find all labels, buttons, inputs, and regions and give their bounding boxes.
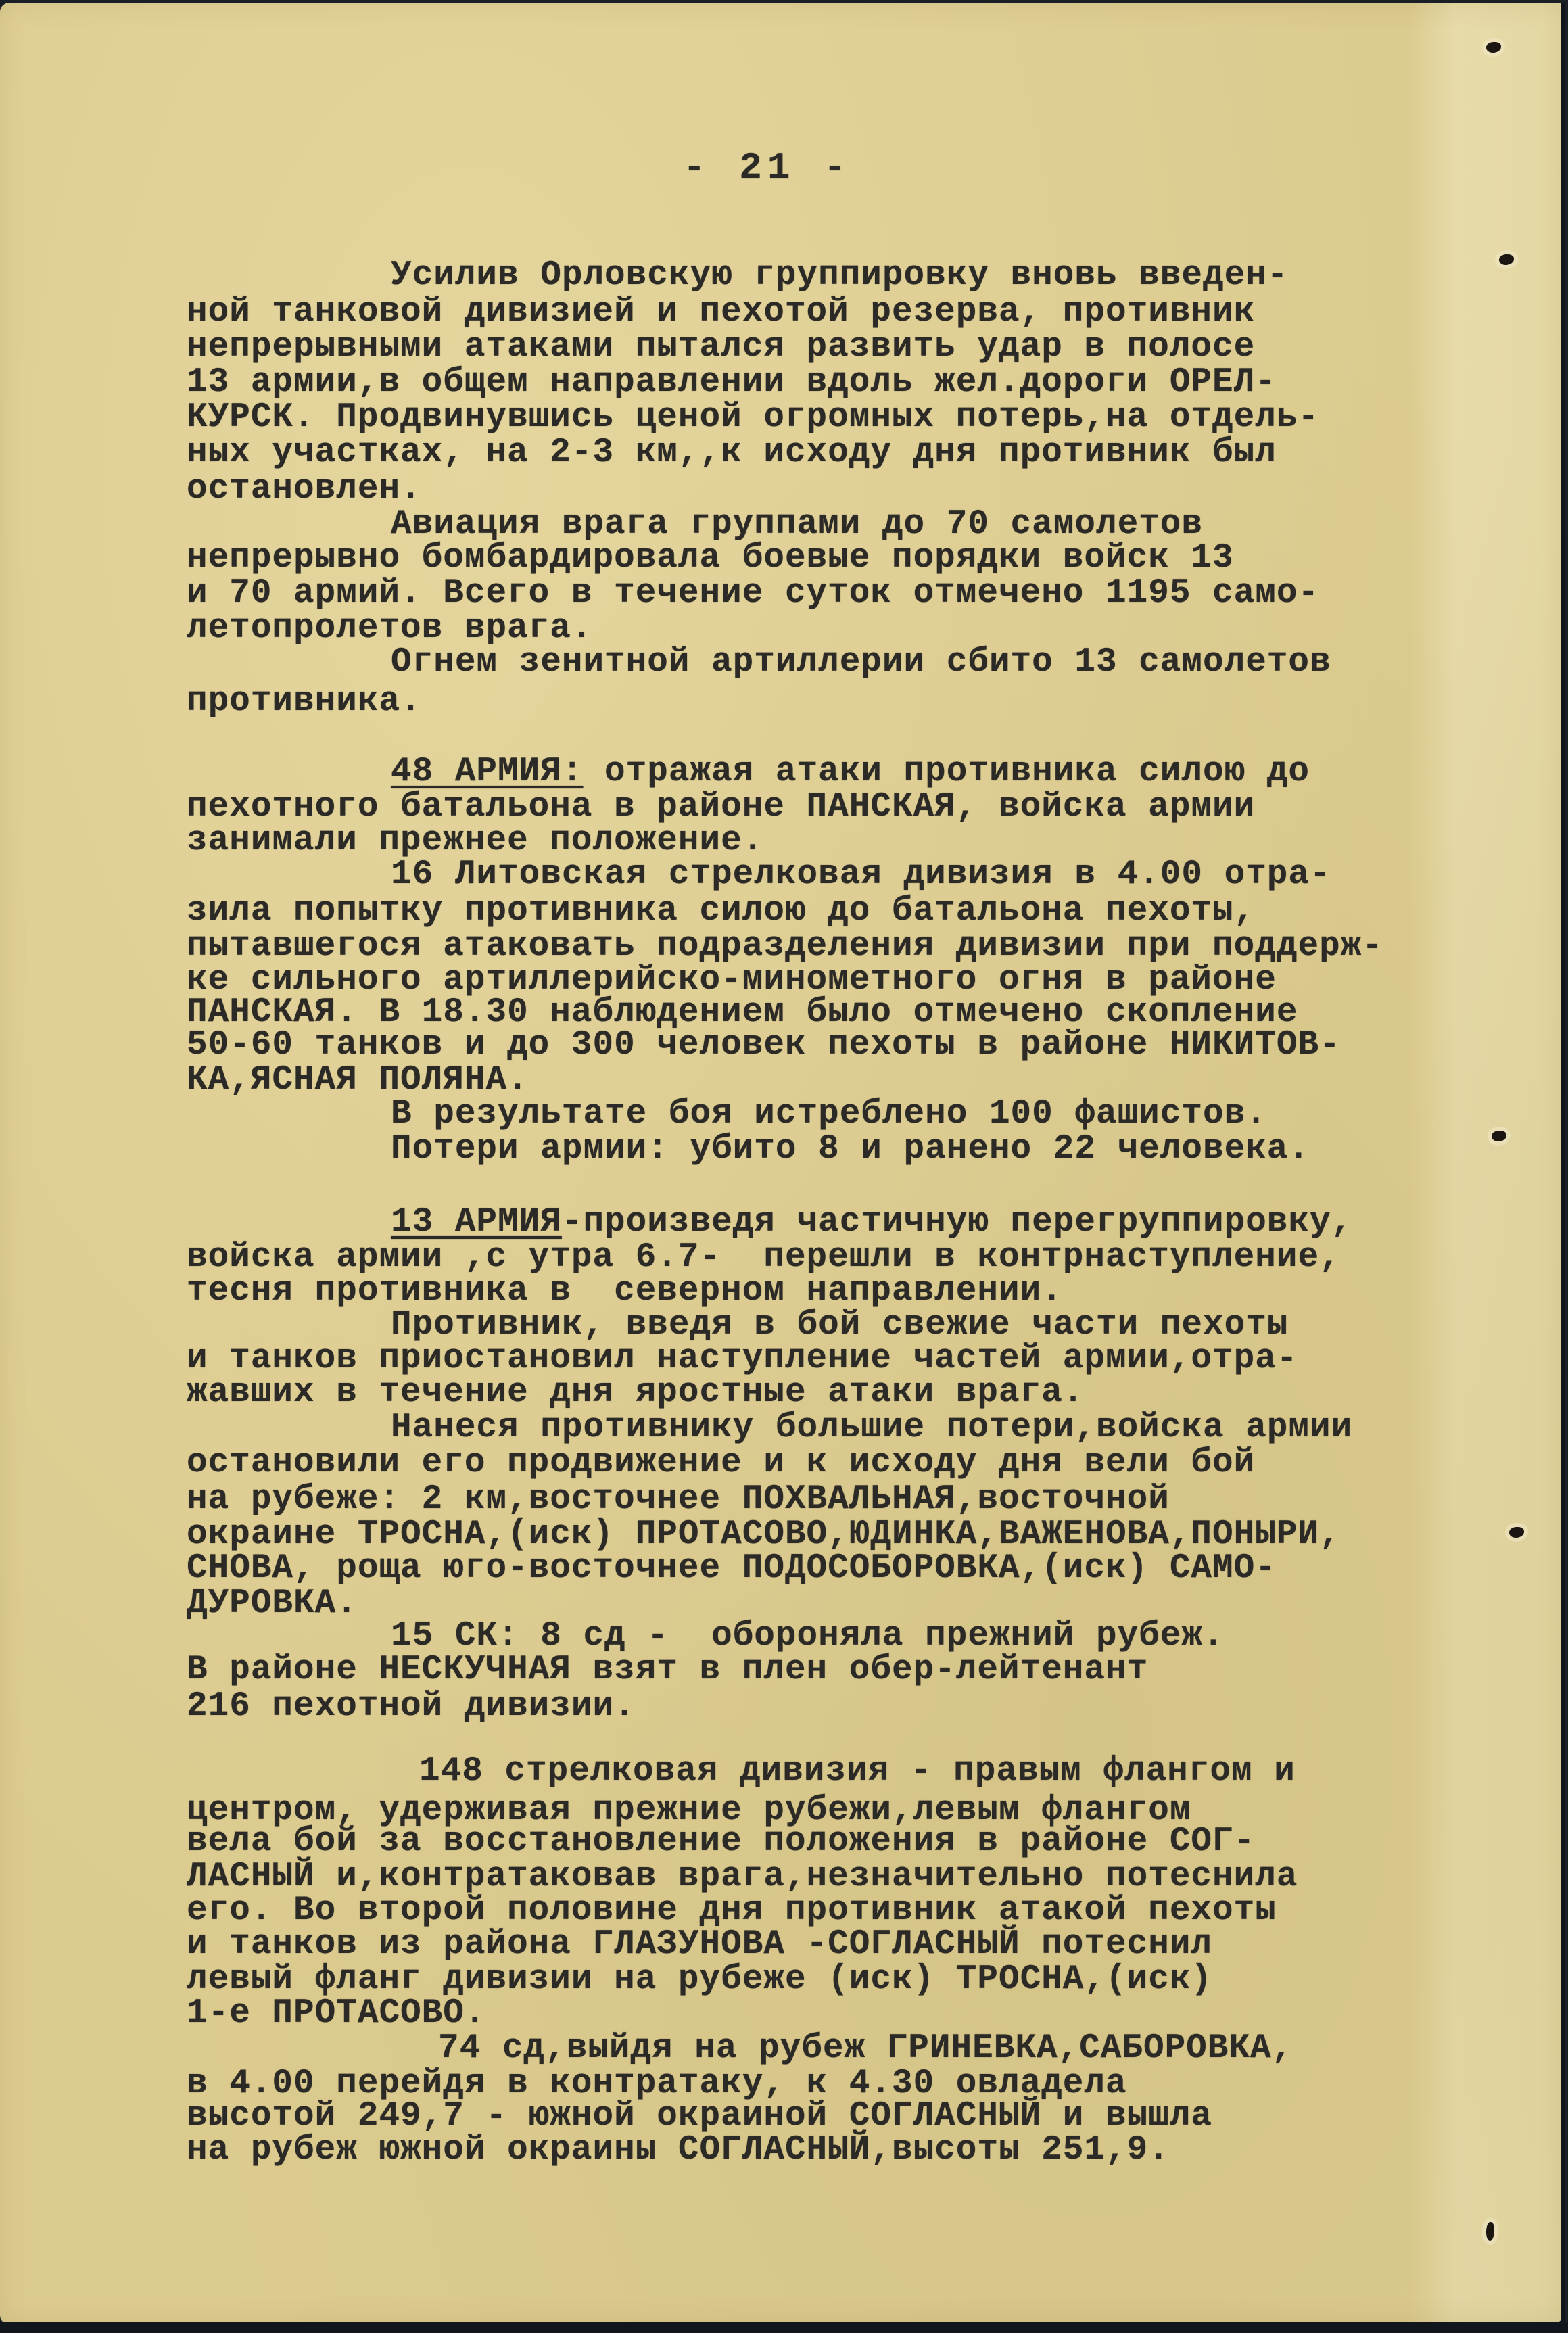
text-line: и 70 армий. Всего в течение суток отмече… — [187, 576, 1319, 611]
text-line: Авиация врага группами до 70 самолетов — [391, 507, 1203, 542]
binding-hole-icon — [1486, 42, 1501, 53]
text-line: в 4.00 перейдя в контратаку, к 4.30 овла… — [187, 2067, 1127, 2101]
text-line: КУРСК. Продвинувшись ценой огромных поте… — [187, 400, 1319, 435]
text-line: СНОВА, роща юго-восточнее ПОДОСОБОРОВКА,… — [187, 1551, 1277, 1586]
text-line: войска армии ,с утра 6.7- перешли в конт… — [187, 1240, 1341, 1275]
text-line: Огнем зенитной артиллерии сбито 13 самол… — [391, 645, 1331, 680]
binding-hole-icon — [1486, 2222, 1494, 2241]
text-line: 13 армии,в общем направлении вдоль жел.д… — [187, 365, 1277, 400]
text-line: 216 пехотной дивизии. — [187, 1689, 636, 1724]
text-line: КА,ЯСНАЯ ПОЛЯНА. — [187, 1063, 529, 1098]
text-line: летопролетов врага. — [187, 611, 593, 646]
text-line: и танков из района ГЛАЗУНОВА -СОГЛАСНЫЙ … — [187, 1927, 1212, 1962]
text-line: пытавшегося атаковать подразделения диви… — [187, 929, 1383, 964]
text-line: ЛАСНЫЙ и,контратаковав врага,незначитель… — [187, 1860, 1298, 1894]
text-line: левый фланг дивизии на рубеже (иск) ТРОС… — [187, 1962, 1212, 1997]
text-line: 50-60 танков и до 300 человек пехоты в р… — [187, 1028, 1341, 1062]
text-line: непрерывными атаками пытался развить уда… — [187, 330, 1255, 364]
text-line: на рубеже: 2 км,восточнее ПОХВАЛЬНАЯ,вос… — [187, 1482, 1170, 1517]
text-line: 13 АРМИЯ-произведя частичную перегруппир… — [391, 1205, 1352, 1240]
text-line: ПАНСКАЯ. В 18.30 наблюдением было отмече… — [187, 995, 1298, 1030]
text-line: окраине ТРОСНА,(иск) ПРОТАСОВО,ЮДИНКА,ВА… — [187, 1517, 1341, 1552]
binding-hole-icon — [1509, 1527, 1524, 1538]
text-line: ной танковой дивизией и пехотой резерва,… — [187, 295, 1255, 329]
text-line: на рубеж южной окраины СОГЛАСНЫЙ,высоты … — [187, 2133, 1170, 2167]
text-line: остановлен. — [187, 472, 422, 506]
text-line: В результате боя истреблено 100 фашистов… — [391, 1097, 1267, 1131]
text-line: его. Во второй половине дня противник ат… — [187, 1893, 1277, 1928]
section-heading-13-army: 13 АРМИЯ — [391, 1203, 562, 1242]
text-line: остановили его продвижение и к исходу дн… — [187, 1446, 1255, 1480]
document-page: - 21 - Усилив Орловскую группировку внов… — [0, 3, 1565, 2324]
text-line: 16 Литовская стрелковая дивизия в 4.00 о… — [391, 857, 1331, 892]
text-line: 48 АРМИЯ: отражая атаки противника силою… — [391, 755, 1310, 789]
text-line: противника. — [187, 684, 422, 719]
binding-hole-icon — [1499, 254, 1514, 265]
text-line: высотой 249,7 - южной окраиной СОГЛАСНЫЙ… — [187, 2099, 1212, 2134]
text-line: вела бой за восстановление положения в р… — [187, 1824, 1255, 1859]
text-line: Противник, введя в бой свежие части пехо… — [391, 1308, 1288, 1342]
text-line: Потери армии: убито 8 и ранено 22 челове… — [391, 1132, 1310, 1166]
text-line: В районе НЕСКУЧНАЯ взят в плен обер-лейт… — [187, 1653, 1148, 1687]
text-line: 15 СК: 8 сд - обороняла прежний рубеж. — [391, 1619, 1225, 1653]
text-line: занимали прежнее положение. — [187, 824, 763, 858]
binding-hole-icon — [1492, 1131, 1506, 1141]
page-number: - 21 - — [683, 146, 852, 189]
text-line: 148 стрелковая дивизия - правым флангом … — [419, 1754, 1296, 1789]
page-edge-shadow — [1561, 3, 1565, 2324]
text-line: ДУРОВКА. — [187, 1586, 358, 1621]
text-line: ке сильного артиллерийско-минометного ог… — [187, 963, 1277, 997]
text-line: непрерывно бомбардировала боевые порядки… — [187, 541, 1234, 575]
text-line: Нанеся противнику большие потери,войска … — [391, 1411, 1352, 1445]
text-line: Усилив Орловскую группировку вновь введе… — [391, 258, 1288, 293]
text-line: и танков приостановил наступление частей… — [187, 1342, 1298, 1376]
text-line: ных участках, на 2-3 км,,к исходу дня пр… — [187, 435, 1277, 470]
text-line: тесня противника в северном направлении. — [187, 1274, 1063, 1309]
text-line: зила попытку противника силою до батальо… — [187, 894, 1255, 928]
scan-background — [0, 2322, 1568, 2333]
text-line: жавших в течение дня яростные атаки враг… — [187, 1375, 1084, 1410]
text-line: 74 сд,выйдя на рубеж ГРИНЕВКА,САБОРОВКА, — [438, 2031, 1293, 2066]
section-heading-48-army: 48 АРМИЯ: — [391, 753, 583, 791]
text-line: пехотного батальона в районе ПАНСКАЯ, во… — [187, 790, 1255, 824]
text-line: 1-е ПРОТАСОВО. — [187, 1996, 485, 2031]
